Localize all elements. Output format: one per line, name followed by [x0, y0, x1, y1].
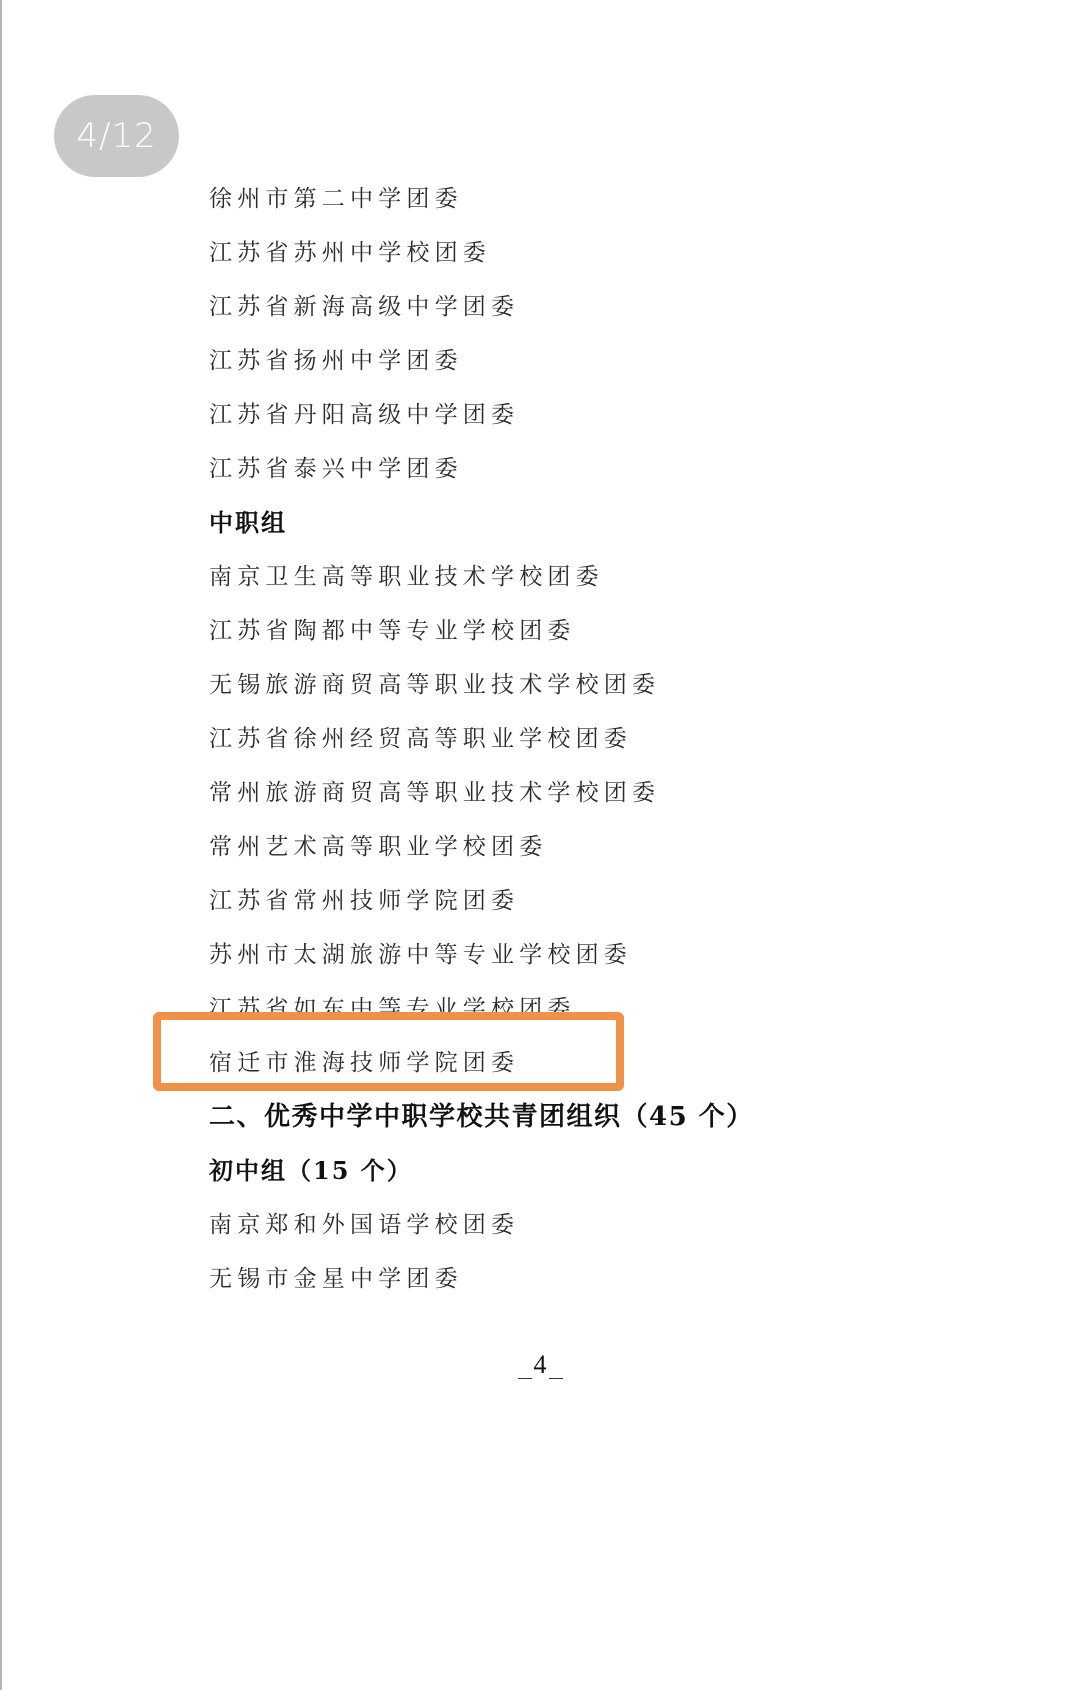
document-body: 徐州市第二中学团委 江苏省苏州中学校团委 江苏省新海高级中学团委 江苏省扬州中学… [209, 172, 1029, 1306]
dash-right [549, 1378, 563, 1379]
list-item: 江苏省扬州中学团委 [209, 334, 1029, 388]
list-item: 南京卫生高等职业技术学校团委 [209, 550, 1029, 604]
list-item: 徐州市第二中学团委 [209, 172, 1029, 226]
list-item: 江苏省丹阳高级中学团委 [209, 388, 1029, 442]
list-item: 南京郑和外国语学校团委 [209, 1198, 1029, 1252]
list-item: 常州旅游商贸高等职业技术学校团委 [209, 766, 1029, 820]
list-item-partially-covered: 江苏省如东中等专业学校团委 [209, 982, 1029, 1036]
group-heading-vocational: 中职组 [209, 496, 1029, 550]
list-item: 常州艺术高等职业学校团委 [209, 820, 1029, 874]
list-item: 无锡市金星中学团委 [209, 1252, 1029, 1306]
page-edge-divider [0, 0, 2, 1690]
list-item: 江苏省陶都中等专业学校团委 [209, 604, 1029, 658]
list-item: 江苏省泰兴中学团委 [209, 442, 1029, 496]
page-indicator-text: 4/12 [76, 116, 156, 156]
group-heading-junior-high: 初中组（15 个） [209, 1144, 1029, 1198]
page-footer-number: 4 [0, 1350, 1080, 1380]
page-indicator-badge: 4/12 [54, 95, 179, 177]
list-item: 苏州市太湖旅游中等专业学校团委 [209, 928, 1029, 982]
page-number-text: 4 [534, 1350, 547, 1379]
list-item: 无锡旅游商贸高等职业技术学校团委 [209, 658, 1029, 712]
list-item: 江苏省新海高级中学团委 [209, 280, 1029, 334]
list-item: 江苏省徐州经贸高等职业学校团委 [209, 712, 1029, 766]
section-heading: 二、优秀中学中职学校共青团组织（45 个） [209, 1090, 1029, 1144]
list-item: 江苏省苏州中学校团委 [209, 226, 1029, 280]
dash-left [518, 1378, 532, 1379]
list-item-highlighted: 宿迁市淮海技师学院团委 [209, 1036, 1029, 1090]
list-item: 江苏省常州技师学院团委 [209, 874, 1029, 928]
